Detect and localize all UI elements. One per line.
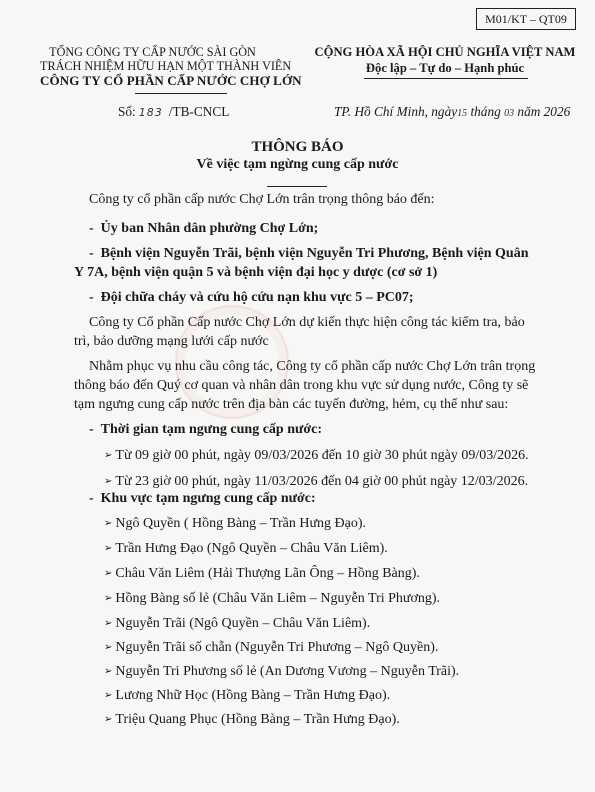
right-header-rule [364,78,528,79]
area-item-text: Nguyễn Trãi (Ngô Quyền – Châu Văn Liêm). [115,616,370,631]
area-item-text: Trần Hưng Đạo (Ngô Quyền – Châu Văn Liêm… [115,541,387,556]
arrow-bullet-icon: ➢ [104,568,112,579]
national-motto: Độc lập – Tự do – Hạnh phúc [300,61,590,76]
arrow-bullet-icon: ➢ [104,543,112,554]
title-rule [267,186,327,187]
area-item: ➢Châu Văn Liêm (Hải Thượng Lãn Ông – Hồn… [104,564,420,585]
date-day: 15 [457,108,467,119]
area-item: ➢Trần Hưng Đạo (Ngô Quyền – Châu Văn Liê… [104,539,388,560]
time-item: ➢Từ 09 giờ 00 phút, ngày 09/03/2026 đến … [104,446,529,467]
arrow-bullet-icon: ➢ [104,476,112,487]
time-item-text: Từ 09 giờ 00 phút, ngày 09/03/2026 đến 1… [115,448,528,463]
paragraph-1-line-2: trì, bảo dưỡng mạng lưới cấp nước [74,332,269,352]
area-item-text: Lương Nhữ Học (Hồng Bàng – Trần Hưng Đạo… [115,688,390,703]
dash: - [89,290,94,305]
arrow-bullet-icon: ➢ [104,666,112,677]
recipient-3: - Đội chữa cháy và cứu hộ cứu nạn khu vự… [89,288,414,308]
document-title: THÔNG BÁO [0,139,595,156]
recipient-1: - Ủy ban Nhân dân phường Chợ Lớn; [89,219,318,239]
company-name: CÔNG TY CỔ PHẦN CẤP NƯỚC CHỢ LỚN [40,73,265,89]
area-item-text: Hồng Bàng số lẻ (Châu Văn Liêm – Nguyễn … [115,591,440,606]
dash: - [89,246,94,261]
heading-text: Thời gian tạm ngưng cung cấp nước: [101,422,322,437]
paragraph-2-line-3: tạm ngưng cung cấp nước trên địa bàn các… [74,395,508,415]
area-item: ➢Lương Nhữ Học (Hồng Bàng – Trần Hưng Đạ… [104,686,390,707]
dash: - [89,422,94,437]
area-item-text: Châu Văn Liêm (Hải Thượng Lãn Ông – Hồng… [115,566,420,581]
intro-text: Công ty cổ phần cấp nước Chợ Lớn trân tr… [89,190,435,210]
doc-number-handwritten: 183 [139,106,163,119]
left-header-rule [135,93,227,94]
area-item: ➢Ngô Quyền ( Hồng Bàng – Trần Hưng Đạo). [104,514,366,535]
month-label: tháng [470,104,500,119]
place-date: TP. Hồ Chí Minh, ngày15 tháng 03 năm 202… [334,104,570,120]
doc-number-prefix: Số: [118,104,136,119]
form-code-box: M01/KT – QT09 [476,8,576,30]
arrow-bullet-icon: ➢ [104,450,112,461]
arrow-bullet-icon: ➢ [104,642,112,653]
arrow-bullet-icon: ➢ [104,714,112,725]
corp-type: TRÁCH NHIỆM HỮU HẠN MỘT THÀNH VIÊN [40,59,265,74]
heading-text: Khu vực tạm ngưng cung cấp nước: [101,491,316,506]
year-label: năm 2026 [517,104,570,119]
recipient-2-cont: Y 7A, bệnh viện quận 5 và bệnh viện đại … [74,263,437,283]
arrow-bullet-icon: ➢ [104,518,112,529]
doc-number-suffix: /TB-CNCL [169,104,230,119]
area-item-text: Ngô Quyền ( Hồng Bàng – Trần Hưng Đạo). [115,516,366,531]
document-subtitle: Về việc tạm ngừng cung cấp nước [0,157,595,173]
time-item-text: Từ 23 giờ 00 phút, ngày 11/03/2026 đến 0… [115,474,528,489]
recipient-text: Bệnh viện Nguyễn Trãi, bệnh viện Nguyễn … [101,246,529,261]
area-item: ➢Nguyễn Tri Phương số lẻ (An Dương Vương… [104,662,459,683]
area-section-heading: - Khu vực tạm ngưng cung cấp nước: [89,489,316,509]
area-item: ➢Nguyễn Trãi (Ngô Quyền – Châu Văn Liêm)… [104,614,370,635]
document-number: Số:183/TB-CNCL [118,104,229,120]
paragraph-2-line-1: Nhằm phục vụ nhu cầu công tác, Công ty c… [89,357,535,377]
dash: - [89,491,94,506]
recipient-text: Ủy ban Nhân dân phường Chợ Lớn; [101,221,319,236]
date-month: 03 [504,108,514,119]
area-item: ➢Triệu Quang Phục (Hồng Bàng – Trần Hưng… [104,710,400,731]
arrow-bullet-icon: ➢ [104,690,112,701]
area-item: ➢Nguyễn Trãi số chẵn (Nguyễn Tri Phương … [104,638,438,659]
area-item-text: Nguyễn Trãi số chẵn (Nguyễn Tri Phương –… [115,640,438,655]
dash: - [89,221,94,236]
recipient-text: Đội chữa cháy và cứu hộ cứu nạn khu vực … [101,290,414,305]
paragraph-2-line-2: thông báo đến Quý cơ quan và nhân dân tr… [74,376,528,396]
area-item-text: Nguyễn Tri Phương số lẻ (An Dương Vương … [115,664,459,679]
parent-corp-name: TỔNG CÔNG TY CẤP NƯỚC SÀI GÒN [40,45,265,60]
paragraph-1-line-1: Công ty Cổ phần Cấp nước Chợ Lớn dự kiến… [89,313,525,333]
recipient-2: - Bệnh viện Nguyễn Trãi, bệnh viện Nguyễ… [89,244,529,264]
area-item: ➢Hồng Bàng số lẻ (Châu Văn Liêm – Nguyễn… [104,589,440,610]
time-section-heading: - Thời gian tạm ngưng cung cấp nước: [89,420,322,440]
arrow-bullet-icon: ➢ [104,618,112,629]
arrow-bullet-icon: ➢ [104,593,112,604]
national-title: CỘNG HÒA XÃ HỘI CHỦ NGHĨA VIỆT NAM [300,45,590,60]
area-item-text: Triệu Quang Phục (Hồng Bàng – Trần Hưng … [115,712,399,727]
place-date-prefix: TP. Hồ Chí Minh, ngày [334,104,457,119]
